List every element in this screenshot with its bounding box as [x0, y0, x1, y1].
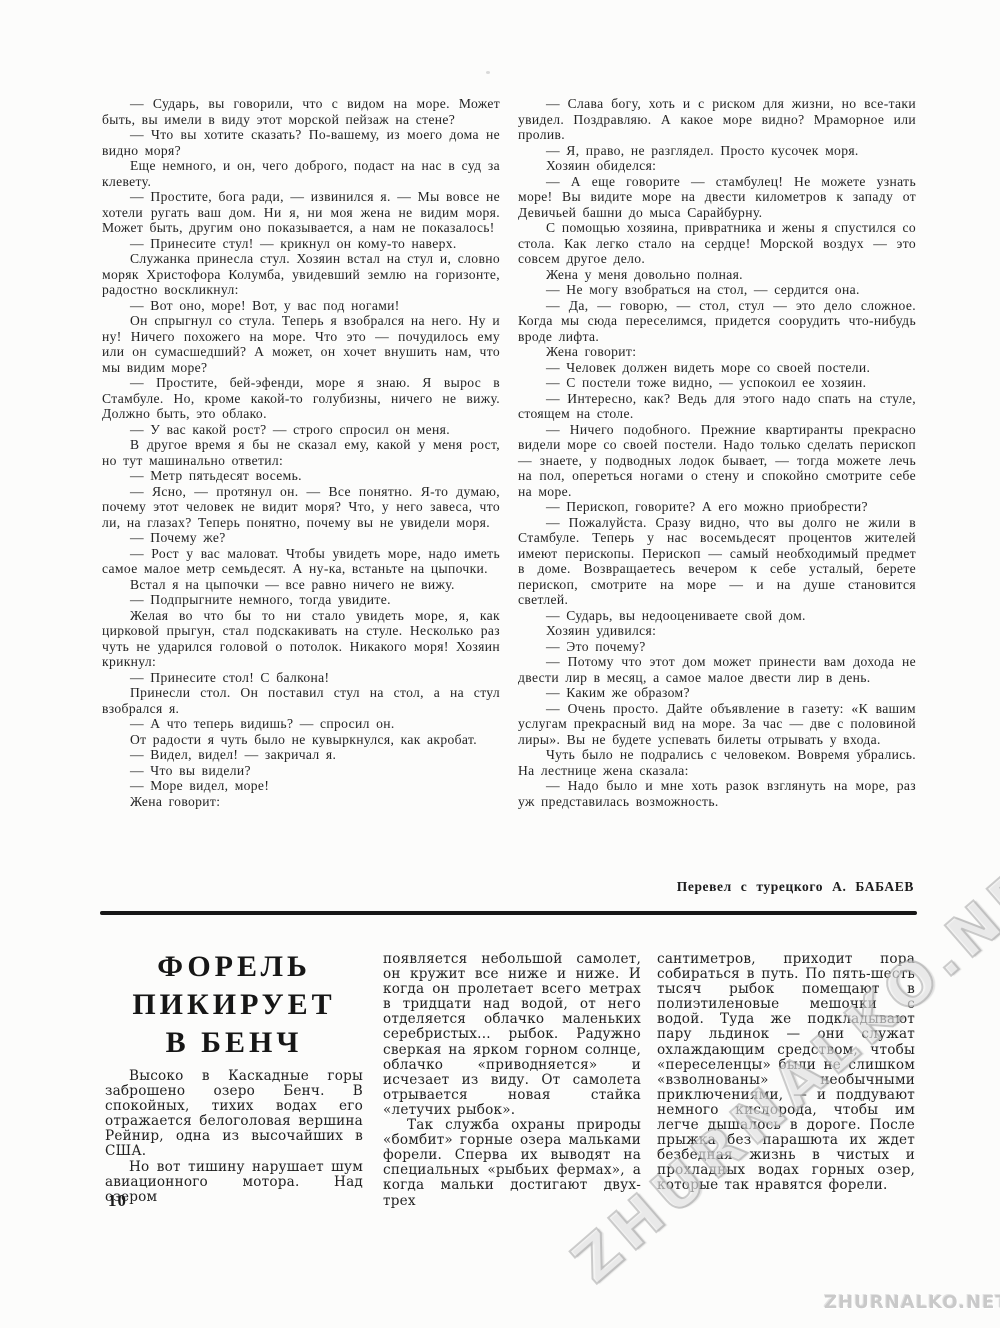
story-paragraph: — Потому что этот дом может принести вам…: [518, 654, 916, 685]
story-paragraph: — Вот оно, море! Вот, у вас под ногами!: [102, 298, 500, 314]
story-paragraph: — Что вы видели?: [102, 763, 500, 779]
story-paragraph: — Слава богу, хоть и с риском для жизни,…: [518, 96, 916, 143]
story-paragraph: — Море видел, море!: [102, 778, 500, 794]
story-paragraph: Жена говорит:: [518, 344, 916, 360]
story-paragraph: — Ясно, — протянул он. — Все понятно. Я-…: [102, 484, 500, 531]
story-paragraph: — С постели тоже видно, — успокоил ее хо…: [518, 375, 916, 391]
scanned-magazine-page: — Сударь, вы говорили, что с видом на мо…: [0, 0, 1000, 1328]
scan-speck: [486, 71, 490, 74]
translator-credit: Перевел с турецкого А. БАБАЕВ: [518, 879, 914, 895]
story-paragraph: Жена у меня довольно полная.: [518, 267, 916, 283]
story-paragraph: — Видел, видел! — закричал я.: [102, 747, 500, 763]
article-title-line: ФОРЕЛЬ: [105, 948, 363, 986]
article-title-line: ПИКИРУЕТ: [105, 986, 363, 1024]
story-paragraph: — Перископ, говорите? А его можно приобр…: [518, 499, 916, 515]
article-paragraph: Но вот тишину нарушает шум авиационного …: [105, 1160, 363, 1205]
story-paragraph: Принесли стол. Он поставил стул на стол,…: [102, 685, 500, 716]
story-paragraph: — Принесите стол! С балкона!: [102, 670, 500, 686]
story-paragraph: Служанка принесла стул. Хозяин встал на …: [102, 251, 500, 298]
story-paragraph: — Метр пятьдесят восемь.: [102, 468, 500, 484]
article-column-2: появляется небольшой самолет, он кружит …: [383, 952, 641, 1209]
story-paragraph: — Это почему?: [518, 639, 916, 655]
story-paragraph: — Сударь, вы говорили, что с видом на мо…: [102, 96, 500, 127]
story-paragraph: Чуть было не подрались с человеком. Вовр…: [518, 747, 916, 778]
story-paragraph: В другое время я бы не сказал ему, какой…: [102, 437, 500, 468]
article-paragraph: Высоко в Каскадные горы заброшено озеро …: [105, 1069, 363, 1160]
article-column-1: Высоко в Каскадные горы заброшено озеро …: [105, 1069, 363, 1205]
story-paragraph: — Что вы хотите сказать? По-вашему, из м…: [102, 127, 500, 158]
story-paragraph: — Подпрыгните немного, тогда увидите.: [102, 592, 500, 608]
story-paragraph: — Сударь, вы недооцениваете свой дом.: [518, 608, 916, 624]
story-paragraph: — Не могу взобраться на стол, — сердится…: [518, 282, 916, 298]
article-paragraph: появляется небольшой самолет, он кружит …: [383, 952, 641, 1118]
story-paragraph: — Надо было и мне хоть разок взглянуть н…: [518, 778, 916, 809]
story-paragraph: Желая во что бы то ни стало увидеть море…: [102, 608, 500, 670]
story-paragraph: — Простите, бей-эфенди, море я знаю. Я в…: [102, 375, 500, 422]
story-paragraph: — Интересно, как? Ведь для этого надо сп…: [518, 391, 916, 422]
story-paragraph: — Простите, бога ради, — извинился я. — …: [102, 189, 500, 236]
story-paragraph: — Рост у вас маловат. Чтобы увидеть море…: [102, 546, 500, 577]
story-paragraph: — Почему же?: [102, 530, 500, 546]
watermark-corner: ZHURNALKO.NET: [824, 1292, 1000, 1313]
story-paragraph: — А еще говорите — стамбулец! Не можете …: [518, 174, 916, 221]
story-paragraph: Встал я на цыпочки — все равно ничего не…: [102, 577, 500, 593]
story-paragraph: Хозяин удивился:: [518, 623, 916, 639]
story-paragraph: — Я, право, не разглядел. Просто кусочек…: [518, 143, 916, 159]
page-number: 10: [108, 1191, 127, 1211]
story-paragraph: Еще немного, и он, чего доброго, подаст …: [102, 158, 500, 189]
story-paragraph: От радости я чуть было не кувыркнулся, к…: [102, 732, 500, 748]
story-paragraph: — Ничего подобного. Прежние квартиранты …: [518, 422, 916, 500]
story-paragraph: Хозяин обиделся:: [518, 158, 916, 174]
story-paragraph: — Да, — говорю, — стол, стул — это дело …: [518, 298, 916, 345]
article-title-line: В БЕНЧ: [105, 1024, 363, 1062]
story-paragraph: — Очень просто. Дайте объявление в газет…: [518, 701, 916, 748]
story-paragraph: С помощью хозяина, привратника и жены я …: [518, 220, 916, 267]
story-paragraph: — У вас какой рост? — строго спросил он …: [102, 422, 500, 438]
story-paragraph: — А что теперь видишь? — спросил он.: [102, 716, 500, 732]
story-paragraph: — Человек должен видеть море со своей по…: [518, 360, 916, 376]
story-paragraph: — Принесите стул! — крикнул он кому-то н…: [102, 236, 500, 252]
story-paragraph: Он спрыгнул со стула. Теперь я взобрался…: [102, 313, 500, 375]
article-paragraph: Так служба охраны природы «бомбит» горны…: [383, 1118, 641, 1209]
section-divider-rule: [100, 911, 917, 915]
story-right-column: — Слава богу, хоть и с риском для жизни,…: [518, 96, 916, 809]
story-paragraph: — Каким же образом?: [518, 685, 916, 701]
article-title: ФОРЕЛЬПИКИРУЕТВ БЕНЧ: [105, 948, 363, 1062]
story-left-column: — Сударь, вы говорили, что с видом на мо…: [102, 96, 500, 809]
story-paragraph: Жена говорит:: [102, 794, 500, 810]
story-paragraph: — Пожалуйста. Сразу видно, что вы долго …: [518, 515, 916, 608]
